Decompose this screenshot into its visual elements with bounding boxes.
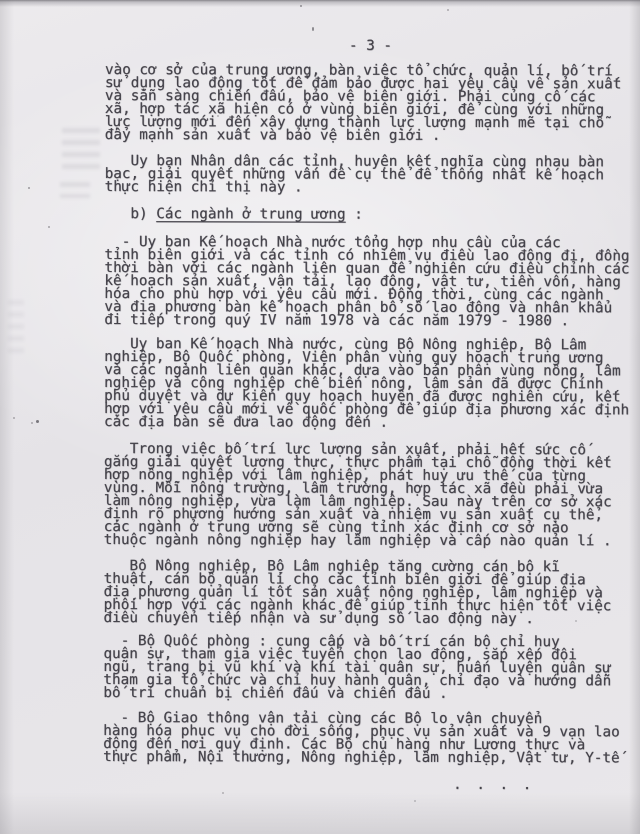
paragraph-production-forces: Trong việc bố trí lực lượng sản xuất, ph…: [104, 443, 634, 548]
scan-speck: [300, 5, 302, 7]
scanned-document-page: - 3 - vào cơ sở của trung ương, bàn việc…: [0, 0, 640, 834]
scan-speck: [447, 9, 449, 11]
scan-speck: [28, 187, 30, 189]
scan-speck: [222, 792, 224, 794]
heading-underlined-text: Các ngành ở trung ương: [156, 206, 345, 222]
scan-speck: [312, 27, 314, 31]
scan-speck: [31, 422, 33, 424]
paragraph-transport-ministry: - Bộ Giao thông vận tải cùng các Bộ lo v…: [103, 712, 633, 765]
heading-prefix: b): [105, 206, 157, 222]
scan-speck: [575, 620, 577, 622]
paragraph-defense-ministry: - Bộ Quốc phòng : cung cấp và bố trí cán…: [103, 635, 633, 701]
page-number: - 3 -: [349, 40, 392, 53]
scan-speck: [414, 800, 416, 802]
bleedthrough-smudge: [62, 128, 100, 170]
paragraph-continued-intro: vào cơ sở của trung ương, bàn việc tổ ch…: [105, 64, 635, 143]
bleedthrough-smudge: [8, 300, 24, 355]
heading-suffix: :: [346, 207, 363, 223]
bleedthrough-smudge: [60, 182, 90, 198]
paragraph-planning-with-ministries: Uy ban Kế hoạch Nhà nước, cùng Bộ Nông n…: [104, 338, 634, 430]
paragraph-state-planning-committee: - Uy ban Kế hoạch Nhà nước tổng hợp nhu …: [104, 236, 634, 328]
paragraph-peoples-committees: Uy ban Nhân dân các tỉnh, huyện kết nghĩ…: [105, 155, 635, 195]
scan-speck: [217, 115, 219, 117]
footer-dots: . . . .: [103, 778, 633, 792]
scan-speck: [13, 417, 15, 419]
scan-speck: [36, 420, 39, 423]
section-heading-central-branches: b) Các ngành ở trung ương :: [105, 208, 635, 222]
document-body: vào cơ sở của trung ương, bàn việc tổ ch…: [103, 64, 635, 792]
scan-speck: [48, 226, 50, 228]
paragraph-agriculture-forestry-ministries: Bộ Nông nghiệp, Bộ Lâm nghiệp tăng cường…: [104, 560, 634, 626]
